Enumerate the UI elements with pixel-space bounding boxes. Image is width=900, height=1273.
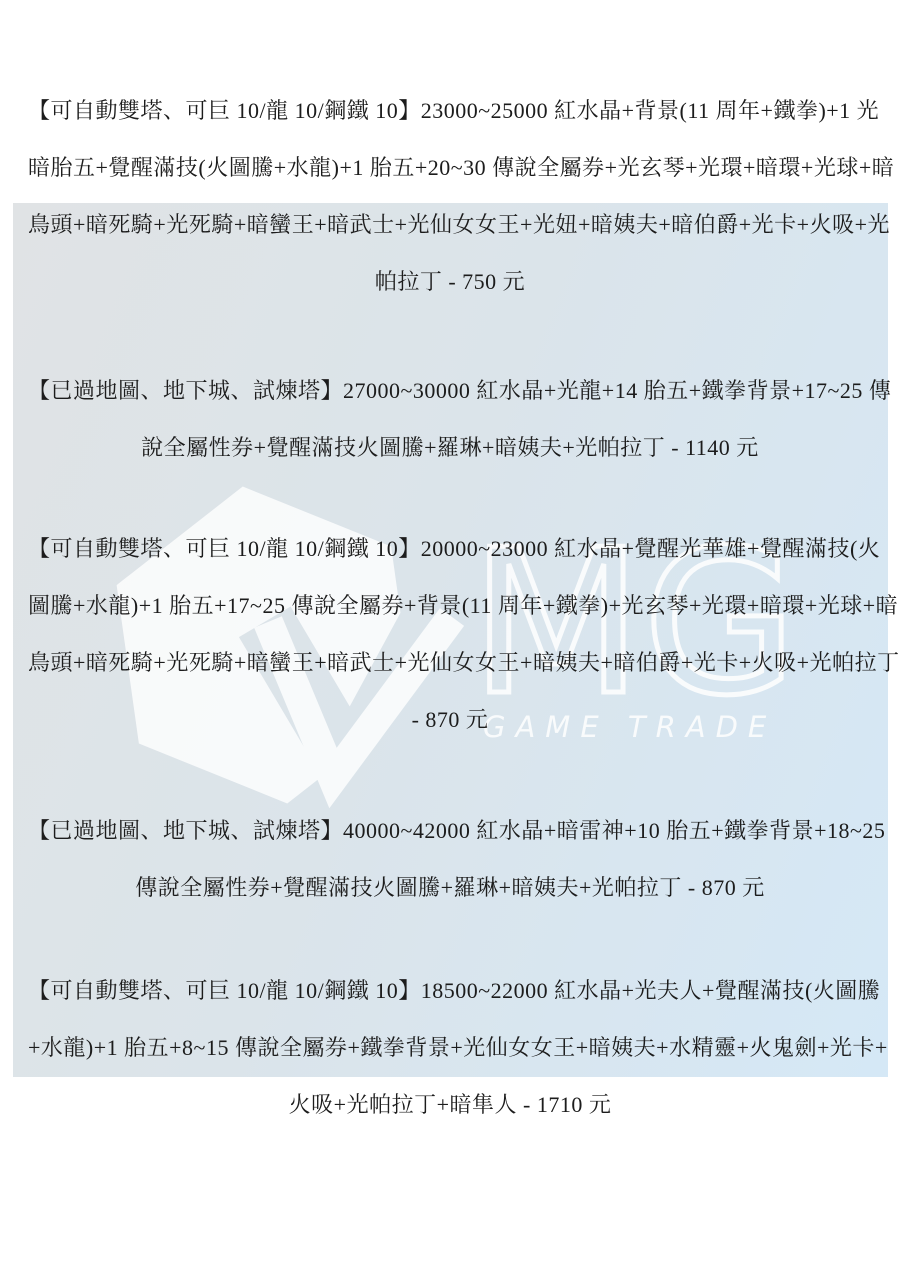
listing-line: +水龍)+1 胎五+8~15 傳說全屬券+鐵拳背景+光仙女女王+暗姨夫+水精靈+…: [28, 1019, 872, 1076]
listing-line: 說全屬性券+覺醒滿技火圖騰+羅琳+暗姨夫+光帕拉丁 - 1140 元: [28, 419, 872, 476]
listing-line: 【可自動雙塔、可巨 10/龍 10/鋼鐵 10】18500~22000 紅水晶+…: [28, 962, 872, 1019]
listing-paragraph-4: 【已過地圖、地下城、試煉塔】40000~42000 紅水晶+暗雷神+10 胎五+…: [28, 802, 872, 916]
listing-line: 【可自動雙塔、可巨 10/龍 10/鋼鐵 10】20000~23000 紅水晶+…: [28, 520, 872, 577]
listing-paragraph-3: 【可自動雙塔、可巨 10/龍 10/鋼鐵 10】20000~23000 紅水晶+…: [28, 520, 872, 748]
listing-line: 圖騰+水龍)+1 胎五+17~25 傳說全屬券+背景(11 周年+鐵拳)+光玄琴…: [28, 577, 872, 634]
listing-paragraph-2: 【已過地圖、地下城、試煉塔】27000~30000 紅水晶+光龍+14 胎五+鐵…: [28, 362, 872, 476]
listing-line: 【已過地圖、地下城、試煉塔】27000~30000 紅水晶+光龍+14 胎五+鐵…: [28, 362, 872, 419]
listing-line: 暗胎五+覺醒滿技(火圖騰+水龍)+1 胎五+20~30 傳說全屬券+光玄琴+光環…: [28, 139, 872, 196]
listing-line: - 870 元: [28, 691, 872, 748]
listing-line: 鳥頭+暗死騎+光死騎+暗蠻王+暗武士+光仙女女王+暗姨夫+暗伯爵+光卡+火吸+光…: [28, 634, 872, 691]
listing-line: 【可自動雙塔、可巨 10/龍 10/鋼鐵 10】23000~25000 紅水晶+…: [28, 82, 872, 139]
listing-line: 火吸+光帕拉丁+暗隼人 - 1710 元: [28, 1076, 872, 1133]
listing-line: 傳說全屬性券+覺醒滿技火圖騰+羅琳+暗姨夫+光帕拉丁 - 870 元: [28, 859, 872, 916]
listing-line: 鳥頭+暗死騎+光死騎+暗蠻王+暗武士+光仙女女王+光妞+暗姨夫+暗伯爵+光卡+火…: [28, 196, 872, 253]
listings-content: 【可自動雙塔、可巨 10/龍 10/鋼鐵 10】23000~25000 紅水晶+…: [0, 0, 900, 1273]
listing-line: 帕拉丁 - 750 元: [28, 253, 872, 310]
listing-paragraph-5: 【可自動雙塔、可巨 10/龍 10/鋼鐵 10】18500~22000 紅水晶+…: [28, 962, 872, 1133]
listing-line: 【已過地圖、地下城、試煉塔】40000~42000 紅水晶+暗雷神+10 胎五+…: [28, 802, 872, 859]
listing-paragraph-1: 【可自動雙塔、可巨 10/龍 10/鋼鐵 10】23000~25000 紅水晶+…: [28, 82, 872, 310]
